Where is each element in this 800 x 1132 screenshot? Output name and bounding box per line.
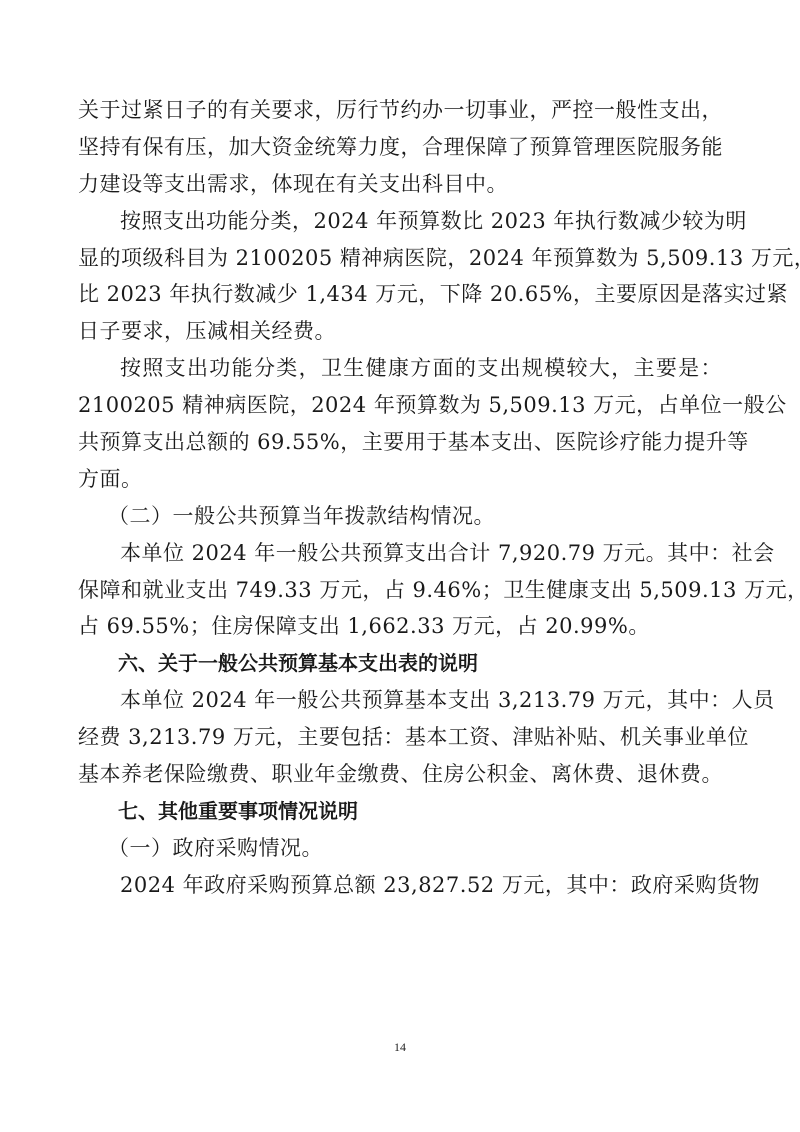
paragraph-procurement-budget: 2024 年政府采购预算总额 23,827.52 万元，其中：政府采购货物 (78, 867, 722, 904)
text-line: 本单位 2024 年一般公共预算支出合计 7,920.79 万元。其中：社会 (78, 535, 722, 572)
text-line: 按照支出功能分类，卫生健康方面的支出规模较大，主要是： (78, 350, 722, 387)
paragraph-health-expense: 按照支出功能分类，卫生健康方面的支出规模较大，主要是： 2100205 精神病医… (78, 350, 722, 498)
subheading-government-procurement: （一）政府采购情况。 (78, 830, 722, 867)
paragraph-continuation: 关于过紧日子的有关要求，厉行节约办一切事业，严控一般性支出， 坚持有保有压，加大… (78, 92, 722, 203)
section-heading-basic-expenditure: 六、关于一般公共预算基本支出表的说明 (78, 645, 722, 682)
text-line: 经费 3,213.79 万元，主要包括：基本工资、津贴补贴、机关事业单位 (78, 719, 722, 756)
text-line: 显的项级科目为 2100205 精神病医院，2024 年预算数为 5,509.1… (78, 240, 722, 277)
subheading-text: （一）政府采购情况。 (78, 830, 722, 867)
subheading-appropriation-structure: （二）一般公共预算当年拨款结构情况。 (78, 498, 722, 535)
text-line: 按照支出功能分类，2024 年预算数比 2023 年执行数减少较为明 (78, 203, 722, 240)
text-line: 本单位 2024 年一般公共预算基本支出 3,213.79 万元，其中：人员 (78, 682, 722, 719)
paragraph-appropriation-breakdown: 本单位 2024 年一般公共预算支出合计 7,920.79 万元。其中：社会 保… (78, 535, 722, 646)
subheading-text: （二）一般公共预算当年拨款结构情况。 (78, 498, 722, 535)
section-heading-text: 七、其他重要事项情况说明 (78, 793, 722, 830)
paragraph-expense-decrease: 按照支出功能分类，2024 年预算数比 2023 年执行数减少较为明 显的项级科… (78, 203, 722, 351)
text-line: 比 2023 年执行数减少 1,434 万元，下降 20.65%，主要原因是落实… (78, 276, 722, 313)
section-heading-other-matters: 七、其他重要事项情况说明 (78, 793, 722, 830)
text-line: 占 69.55%；住房保障支出 1,662.33 万元，占 20.99%。 (78, 608, 722, 645)
document-page: 关于过紧日子的有关要求，厉行节约办一切事业，严控一般性支出， 坚持有保有压，加大… (78, 92, 722, 904)
text-line: 2024 年政府采购预算总额 23,827.52 万元，其中：政府采购货物 (78, 867, 722, 904)
section-heading-text: 六、关于一般公共预算基本支出表的说明 (78, 645, 722, 682)
page-number: 14 (0, 1040, 800, 1055)
text-line: 2100205 精神病医院，2024 年预算数为 5,509.13 万元，占单位… (78, 387, 722, 424)
text-line: 基本养老保险缴费、职业年金缴费、住房公积金、离休费、退休费。 (78, 756, 722, 793)
text-line: 方面。 (78, 461, 722, 498)
text-line: 保障和就业支出 749.33 万元，占 9.46%；卫生健康支出 5,509.1… (78, 572, 722, 609)
text-line: 日子要求，压减相关经费。 (78, 313, 722, 350)
text-line: 共预算支出总额的 69.55%，主要用于基本支出、医院诊疗能力提升等 (78, 424, 722, 461)
text-line: 关于过紧日子的有关要求，厉行节约办一切事业，严控一般性支出， (78, 92, 722, 129)
text-line: 力建设等支出需求，体现在有关支出科目中。 (78, 166, 722, 203)
paragraph-basic-expenditure: 本单位 2024 年一般公共预算基本支出 3,213.79 万元，其中：人员 经… (78, 682, 722, 793)
text-line: 坚持有保有压，加大资金统筹力度，合理保障了预算管理医院服务能 (78, 129, 722, 166)
